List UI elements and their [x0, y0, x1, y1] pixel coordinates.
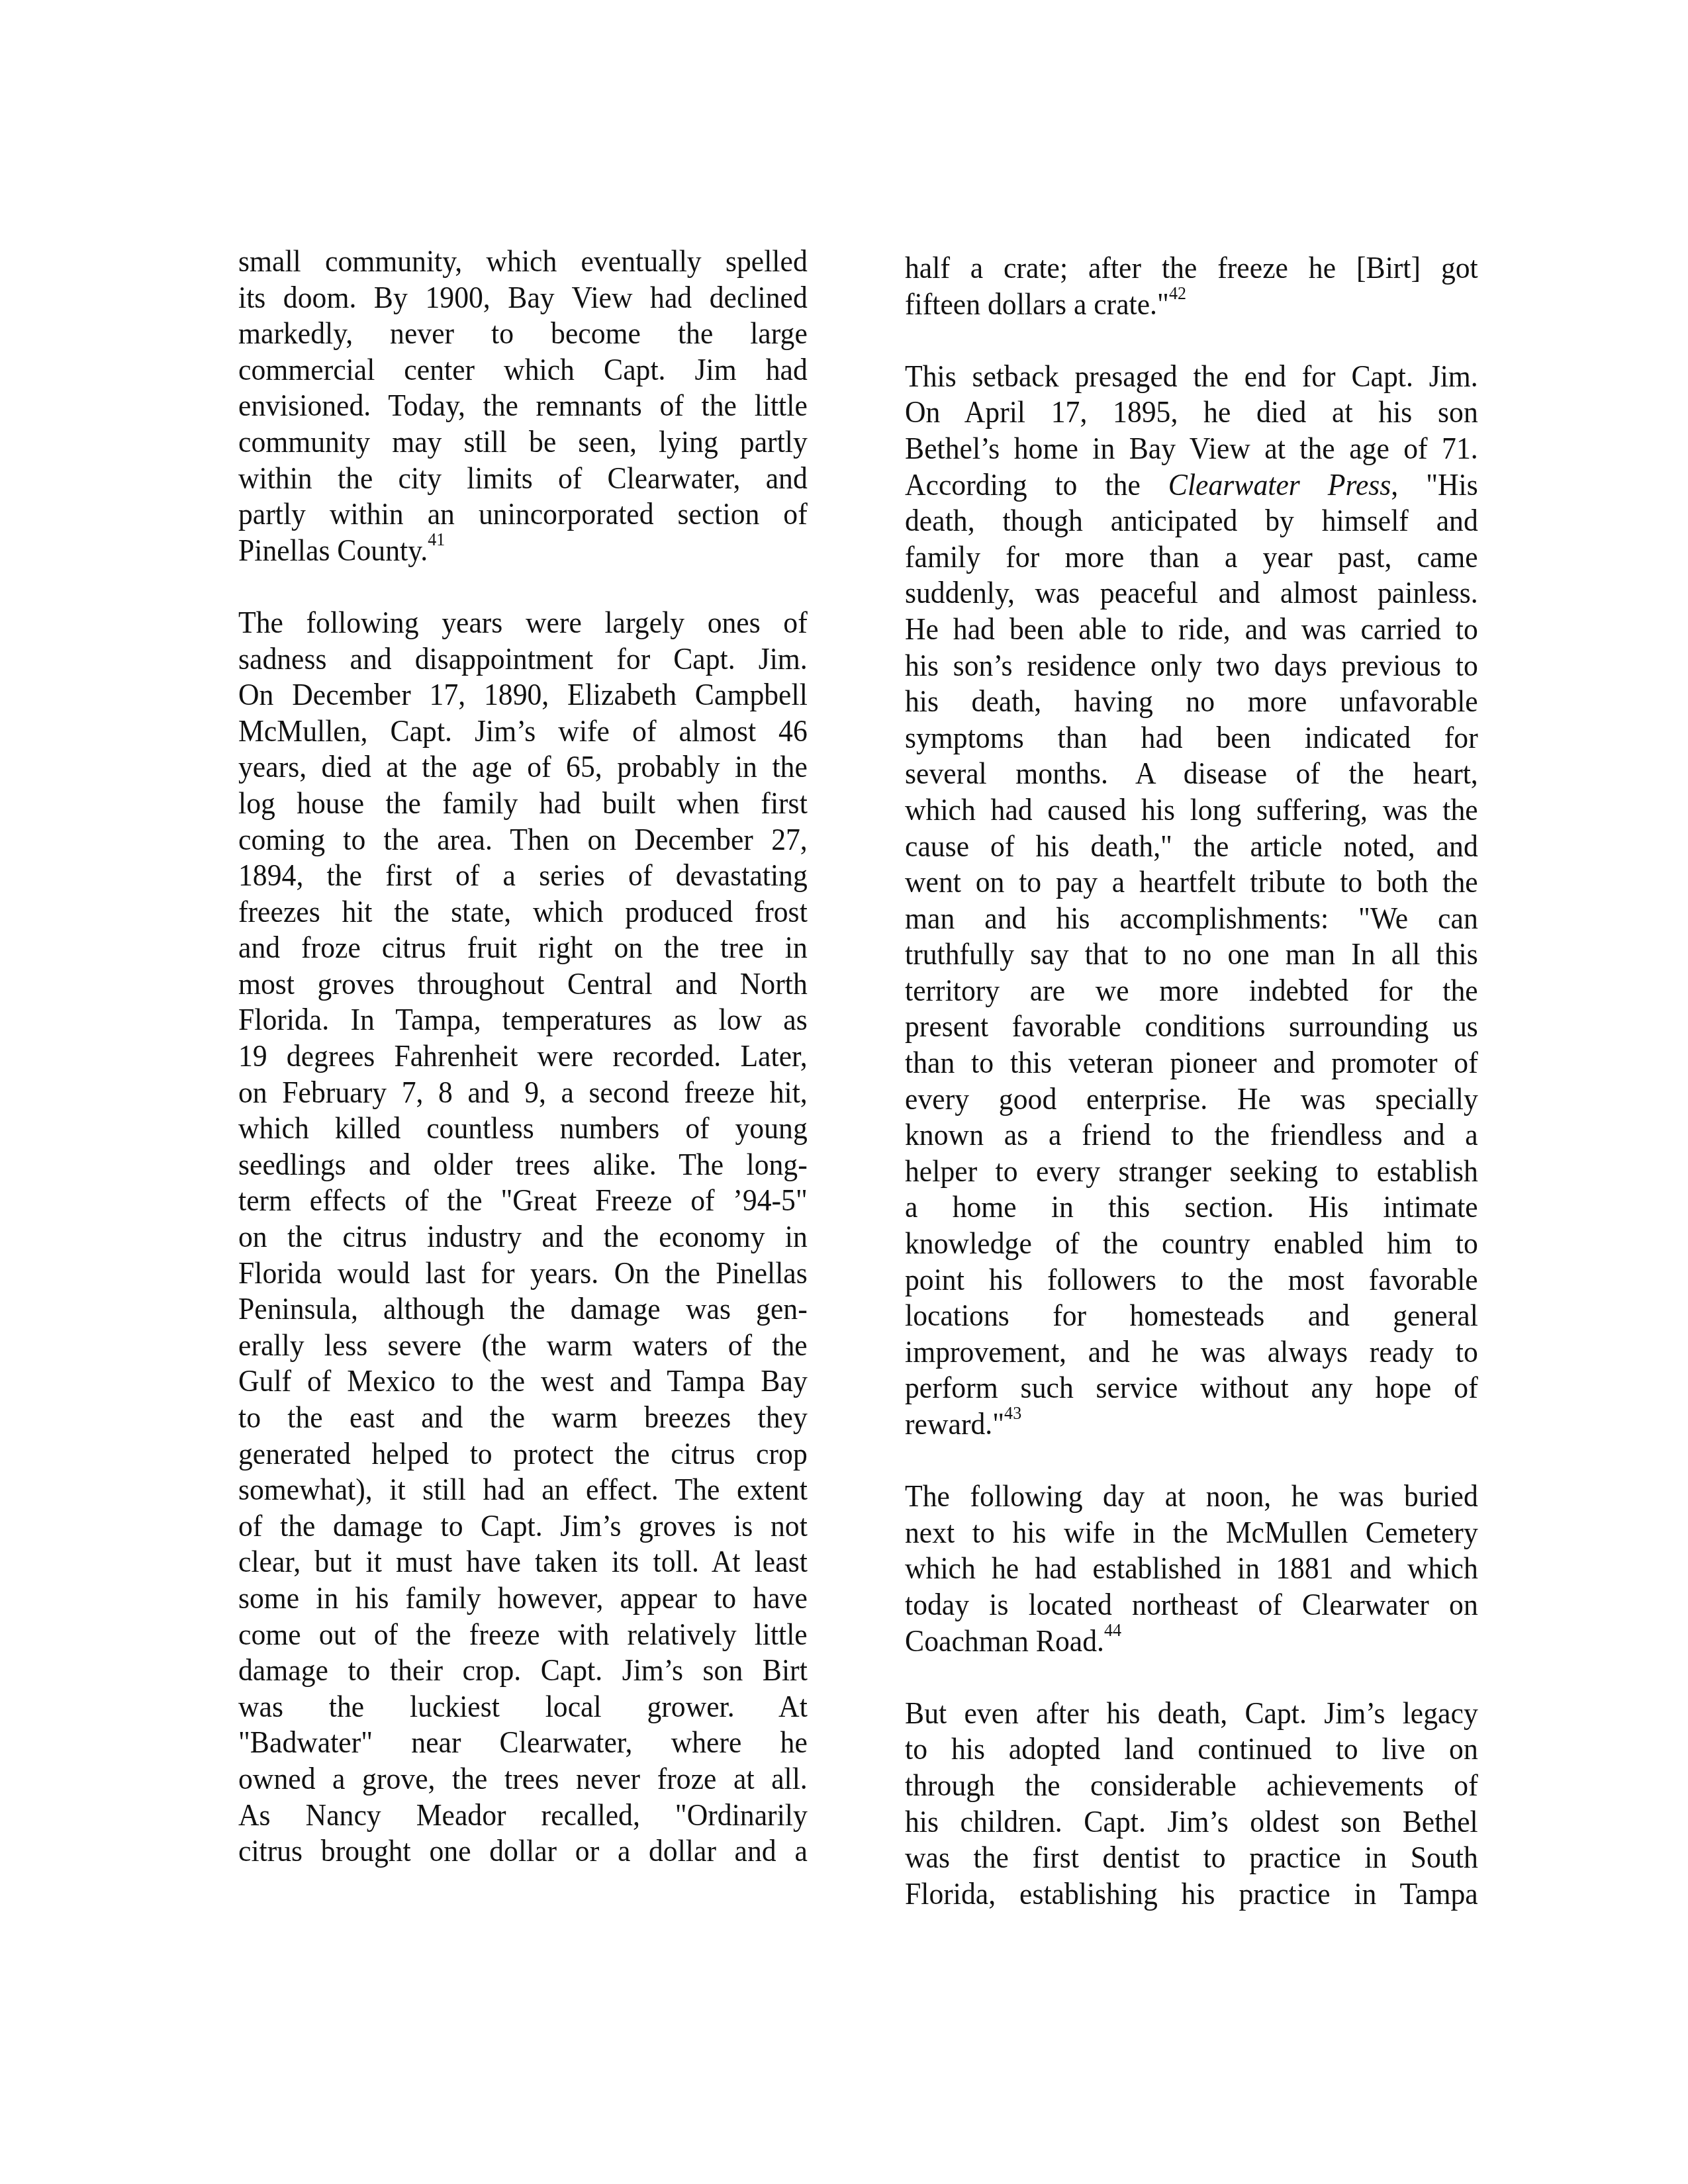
- line-text: and froze citrus fruit right on the tree…: [238, 931, 808, 965]
- line-text: Pinellas County.: [238, 533, 428, 568]
- text-line: "Badwater" near Clearwater, where he: [238, 1725, 808, 1761]
- text-line: point his followers to the most favorabl…: [905, 1262, 1478, 1298]
- paragraph: small community, which eventually spelle…: [238, 244, 808, 569]
- text-segment: According to the: [905, 468, 1168, 502]
- line-text: Gulf of Mexico to the west and Tampa Bay: [238, 1364, 808, 1398]
- line-text: knowledge of the country enabled him to: [905, 1226, 1478, 1261]
- line-text: On December 17, 1890, Elizabeth Campbell: [238, 678, 808, 712]
- line-text: 19 degrees Fahrenheit were recorded. Lat…: [238, 1039, 808, 1073]
- footnote-reference: 42: [1169, 283, 1186, 304]
- line-text: envisioned. Today, the remnants of the l…: [238, 388, 808, 423]
- line-text: locations for homesteads and general: [905, 1298, 1478, 1333]
- line-text: Bethel’s home in Bay View at the age of …: [905, 432, 1478, 466]
- italic-title: Clearwater Press: [1168, 468, 1391, 502]
- line-text: to his adopted land continued to live on: [905, 1732, 1478, 1766]
- text-line: Coachman Road.44: [905, 1623, 1478, 1660]
- text-line: McMullen, Capt. Jim’s wife of almost 46: [238, 713, 808, 750]
- text-line: Pinellas County.41: [238, 533, 808, 569]
- paragraph: half a crate; after the freeze he [Birt]…: [905, 250, 1478, 322]
- text-line: than to this veteran pioneer and promote…: [905, 1045, 1478, 1081]
- line-text: As Nancy Meador recalled, "Ordinarily: [238, 1798, 808, 1833]
- text-line: generated helped to protect the citrus c…: [238, 1436, 808, 1473]
- line-text: community may still be seen, lying partl…: [238, 425, 808, 459]
- text-line: which he had established in 1881 and whi…: [905, 1551, 1478, 1587]
- line-text: Florida. In Tampa, temperatures as low a…: [238, 1003, 808, 1037]
- text-line: come out of the freeze with relatively l…: [238, 1617, 808, 1653]
- line-text: term effects of the "Great Freeze of ’94…: [238, 1183, 808, 1218]
- line-text: markedly, never to become the large: [238, 316, 808, 351]
- line-text: generated helped to protect the citrus c…: [238, 1437, 808, 1471]
- line-text: coming to the area. Then on December 27,: [238, 823, 808, 857]
- text-line: and froze citrus fruit right on the tree…: [238, 930, 808, 966]
- text-line: The following years were largely ones of: [238, 605, 808, 641]
- line-text: perform such service without any hope of: [905, 1371, 1478, 1405]
- line-text: cause of his death," the article noted, …: [905, 829, 1478, 864]
- line-text: half a crate; after the freeze he [Birt]…: [905, 251, 1478, 285]
- line-text: which killed countless numbers of young: [238, 1111, 808, 1146]
- line-text: family for more than a year past, came: [905, 540, 1478, 574]
- line-text: his death, having no more unfavorable: [905, 684, 1478, 719]
- line-text: within the city limits of Clearwater, an…: [238, 461, 808, 496]
- footnote-reference: 41: [428, 529, 445, 550]
- line-text: was the luckiest local grower. At: [238, 1690, 808, 1724]
- paragraph: This setback presaged the end for Capt. …: [905, 359, 1478, 1443]
- line-text: to the east and the warm breezes they: [238, 1400, 808, 1435]
- text-line: The following day at noon, he was buried: [905, 1479, 1478, 1515]
- text-line: his children. Capt. Jim’s oldest son Bet…: [905, 1804, 1478, 1841]
- line-text: Florida, establishing his practice in Ta…: [905, 1877, 1478, 1911]
- text-line: Florida. In Tampa, temperatures as low a…: [238, 1002, 808, 1038]
- text-line: Peninsula, although the damage was gen-: [238, 1291, 808, 1328]
- text-segment: , "His: [1391, 468, 1477, 502]
- text-line: clear, but it must have taken its toll. …: [238, 1544, 808, 1580]
- text-line: citrus brought one dollar or a dollar an…: [238, 1833, 808, 1870]
- line-text: Florida would last for years. On the Pin…: [238, 1256, 808, 1291]
- line-text: He had been able to ride, and was carrie…: [905, 612, 1478, 647]
- line-text: his children. Capt. Jim’s oldest son Bet…: [905, 1805, 1478, 1839]
- line-text: commercial center which Capt. Jim had: [238, 353, 808, 387]
- line-text: present favorable conditions surrounding…: [905, 1009, 1478, 1044]
- line-text: 1894, the first of a series of devastati…: [238, 858, 808, 893]
- text-line: death, though anticipated by himself and: [905, 503, 1478, 539]
- text-line: improvement, and he was always ready to: [905, 1334, 1478, 1371]
- text-line: log house the family had built when firs…: [238, 786, 808, 822]
- line-text: today is located northeast of Clearwater…: [905, 1588, 1478, 1622]
- text-line: coming to the area. Then on December 27,: [238, 822, 808, 858]
- text-line: his death, having no more unfavorable: [905, 684, 1478, 720]
- line-text: next to his wife in the McMullen Cemeter…: [905, 1516, 1478, 1550]
- text-line: reward."43: [905, 1406, 1478, 1443]
- line-text: partly within an unincorporated section …: [238, 497, 808, 531]
- line-text: reward.": [905, 1407, 1004, 1441]
- text-line: truthfully say that to no one man In all…: [905, 936, 1478, 973]
- line-text: damage to their crop. Capt. Jim’s son Bi…: [238, 1653, 808, 1688]
- line-text: known as a friend to the friendless and …: [905, 1118, 1478, 1152]
- text-line: small community, which eventually spelle…: [238, 244, 808, 280]
- text-line: its doom. By 1900, Bay View had declined: [238, 280, 808, 316]
- text-line: to his adopted land continued to live on: [905, 1731, 1478, 1768]
- text-line: term effects of the "Great Freeze of ’94…: [238, 1183, 808, 1219]
- text-line: known as a friend to the friendless and …: [905, 1117, 1478, 1154]
- line-text: than to this veteran pioneer and promote…: [905, 1046, 1478, 1080]
- text-line: But even after his death, Capt. Jim’s le…: [905, 1696, 1478, 1732]
- text-line: seedlings and older trees alike. The lon…: [238, 1147, 808, 1183]
- text-line: perform such service without any hope of: [905, 1370, 1478, 1406]
- line-text: on the citrus industry and the economy i…: [238, 1220, 808, 1254]
- text-line: cause of his death," the article noted, …: [905, 829, 1478, 865]
- line-text: seedlings and older trees alike. The lon…: [238, 1148, 808, 1182]
- text-line: some in his family however, appear to ha…: [238, 1580, 808, 1617]
- text-line: on the citrus industry and the economy i…: [238, 1219, 808, 1255]
- text-line: somewhat), it still had an effect. The e…: [238, 1472, 808, 1508]
- paragraph: The following years were largely ones of…: [238, 605, 808, 1870]
- line-text: Peninsula, although the damage was gen-: [238, 1292, 808, 1326]
- text-line: several months. A disease of the heart,: [905, 756, 1478, 792]
- line-text: come out of the freeze with relatively l…: [238, 1617, 808, 1652]
- text-line: within the city limits of Clearwater, an…: [238, 461, 808, 497]
- text-line: on February 7, 8 and 9, a second freeze …: [238, 1075, 808, 1111]
- line-text: "Badwater" near Clearwater, where he: [238, 1725, 808, 1760]
- text-line: commercial center which Capt. Jim had: [238, 352, 808, 388]
- line-text: Coachman Road.: [905, 1624, 1104, 1659]
- text-line: Florida, establishing his practice in Ta…: [905, 1876, 1478, 1913]
- text-line: 1894, the first of a series of devastati…: [238, 858, 808, 894]
- text-line: This setback presaged the end for Capt. …: [905, 359, 1478, 395]
- line-text: on February 7, 8 and 9, a second freeze …: [238, 1075, 808, 1110]
- text-line: of the damage to Capt. Jim’s groves is n…: [238, 1508, 808, 1545]
- line-text: truthfully say that to no one man In all…: [905, 937, 1478, 972]
- line-text: But even after his death, Capt. Jim’s le…: [905, 1696, 1478, 1731]
- line-text: was the first dentist to practice in Sou…: [905, 1841, 1478, 1875]
- line-text: territory are we more indebted for the: [905, 974, 1478, 1008]
- line-text: several months. A disease of the heart,: [905, 756, 1478, 791]
- text-line: man and his accomplishments: "We can: [905, 901, 1478, 937]
- line-text: through the considerable achievements of: [905, 1768, 1478, 1803]
- footnote-reference: 43: [1004, 1403, 1021, 1424]
- text-line: 19 degrees Fahrenheit were recorded. Lat…: [238, 1038, 808, 1075]
- line-text: erally less severe (the warm waters of t…: [238, 1328, 808, 1363]
- text-line: fifteen dollars a crate."42: [905, 287, 1478, 323]
- line-text: somewhat), it still had an effect. The e…: [238, 1473, 808, 1507]
- line-text: point his followers to the most favorabl…: [905, 1263, 1478, 1297]
- text-line: symptoms than had been indicated for: [905, 720, 1478, 756]
- text-line: helper to every stranger seeking to esta…: [905, 1154, 1478, 1190]
- line-text: owned a grove, the trees never froze at …: [238, 1762, 808, 1796]
- line-text: small community, which eventually spelle…: [238, 244, 808, 279]
- line-text: which had caused his long suffering, was…: [905, 793, 1478, 827]
- footnote-reference: 44: [1104, 1620, 1121, 1641]
- text-line: suddenly, was peaceful and almost painle…: [905, 575, 1478, 612]
- text-line: Gulf of Mexico to the west and Tampa Bay: [238, 1363, 808, 1400]
- line-text: improvement, and he was always ready to: [905, 1335, 1478, 1369]
- line-text: went on to pay a heartfelt tribute to bo…: [905, 865, 1478, 899]
- line-text: death, though anticipated by himself and: [905, 504, 1478, 538]
- text-line: On April 17, 1895, he died at his son: [905, 394, 1478, 431]
- line-text: citrus brought one dollar or a dollar an…: [238, 1834, 808, 1868]
- text-line: went on to pay a heartfelt tribute to bo…: [905, 864, 1478, 901]
- line-text: some in his family however, appear to ha…: [238, 1581, 808, 1615]
- line-text: clear, but it must have taken its toll. …: [238, 1545, 808, 1579]
- text-line: erally less severe (the warm waters of t…: [238, 1328, 808, 1364]
- text-line: through the considerable achievements of: [905, 1768, 1478, 1804]
- line-text: freezes hit the state, which produced fr…: [238, 895, 808, 929]
- text-line: knowledge of the country enabled him to: [905, 1226, 1478, 1262]
- line-text: most groves throughout Central and North: [238, 967, 808, 1001]
- line-text: On April 17, 1895, he died at his son: [905, 395, 1478, 430]
- text-line: envisioned. Today, the remnants of the l…: [238, 388, 808, 424]
- line-text: The following years were largely ones of: [238, 606, 808, 640]
- document-page: small community, which eventually spelle…: [0, 0, 1688, 2184]
- paragraph: But even after his death, Capt. Jim’s le…: [905, 1696, 1478, 1913]
- text-line: According to the Clearwater Press, "His: [905, 467, 1478, 504]
- paragraph: The following day at noon, he was buried…: [905, 1479, 1478, 1659]
- text-line: every good enterprise. He was specially: [905, 1081, 1478, 1118]
- line-text: a home in this section. His intimate: [905, 1190, 1478, 1224]
- line-text: fifteen dollars a crate.": [905, 287, 1169, 322]
- text-line: partly within an unincorporated section …: [238, 496, 808, 533]
- line-text: of the damage to Capt. Jim’s groves is n…: [238, 1509, 808, 1543]
- text-line: locations for homesteads and general: [905, 1298, 1478, 1334]
- text-line: On December 17, 1890, Elizabeth Campbell: [238, 677, 808, 713]
- line-text: his son’s residence only two days previo…: [905, 649, 1478, 683]
- text-line: next to his wife in the McMullen Cemeter…: [905, 1515, 1478, 1551]
- text-line: As Nancy Meador recalled, "Ordinarily: [238, 1797, 808, 1834]
- text-line: He had been able to ride, and was carrie…: [905, 612, 1478, 648]
- text-line: Florida would last for years. On the Pin…: [238, 1255, 808, 1292]
- text-line: his son’s residence only two days previo…: [905, 648, 1478, 684]
- text-line: which killed countless numbers of young: [238, 1111, 808, 1147]
- text-line: family for more than a year past, came: [905, 539, 1478, 576]
- text-line: sadness and disappointment for Capt. Jim…: [238, 641, 808, 678]
- line-text: This setback presaged the end for Capt. …: [905, 359, 1478, 394]
- line-text: helper to every stranger seeking to esta…: [905, 1154, 1478, 1189]
- right-text-column: half a crate; after the freeze he [Birt]…: [905, 250, 1478, 1948]
- line-text: suddenly, was peaceful and almost painle…: [905, 576, 1478, 610]
- line-text: man and his accomplishments: "We can: [905, 901, 1478, 936]
- text-line: years, died at the age of 65, probably i…: [238, 749, 808, 786]
- left-text-column: small community, which eventually spelle…: [238, 244, 808, 1905]
- line-text: which he had established in 1881 and whi…: [905, 1551, 1478, 1586]
- text-line: most groves throughout Central and North: [238, 966, 808, 1003]
- line-text: years, died at the age of 65, probably i…: [238, 750, 808, 784]
- text-line: community may still be seen, lying partl…: [238, 424, 808, 461]
- line-text: symptoms than had been indicated for: [905, 721, 1478, 755]
- line-text: The following day at noon, he was buried: [905, 1479, 1478, 1514]
- text-line: to the east and the warm breezes they: [238, 1400, 808, 1436]
- text-line: was the luckiest local grower. At: [238, 1689, 808, 1725]
- text-line: damage to their crop. Capt. Jim’s son Bi…: [238, 1653, 808, 1689]
- line-text: log house the family had built when firs…: [238, 786, 808, 821]
- text-line: was the first dentist to practice in Sou…: [905, 1840, 1478, 1876]
- text-line: territory are we more indebted for the: [905, 973, 1478, 1009]
- text-line: which had caused his long suffering, was…: [905, 792, 1478, 829]
- line-text: sadness and disappointment for Capt. Jim…: [238, 642, 808, 676]
- text-line: markedly, never to become the large: [238, 316, 808, 352]
- line-text: its doom. By 1900, Bay View had declined: [238, 281, 808, 315]
- text-line: a home in this section. His intimate: [905, 1189, 1478, 1226]
- text-line: Bethel’s home in Bay View at the age of …: [905, 431, 1478, 467]
- line-text: McMullen, Capt. Jim’s wife of almost 46: [238, 714, 808, 749]
- text-line: present favorable conditions surrounding…: [905, 1009, 1478, 1045]
- text-line: owned a grove, the trees never froze at …: [238, 1761, 808, 1797]
- text-line: today is located northeast of Clearwater…: [905, 1587, 1478, 1623]
- text-line: half a crate; after the freeze he [Birt]…: [905, 250, 1478, 287]
- text-line: freezes hit the state, which produced fr…: [238, 894, 808, 931]
- line-text: every good enterprise. He was specially: [905, 1082, 1478, 1116]
